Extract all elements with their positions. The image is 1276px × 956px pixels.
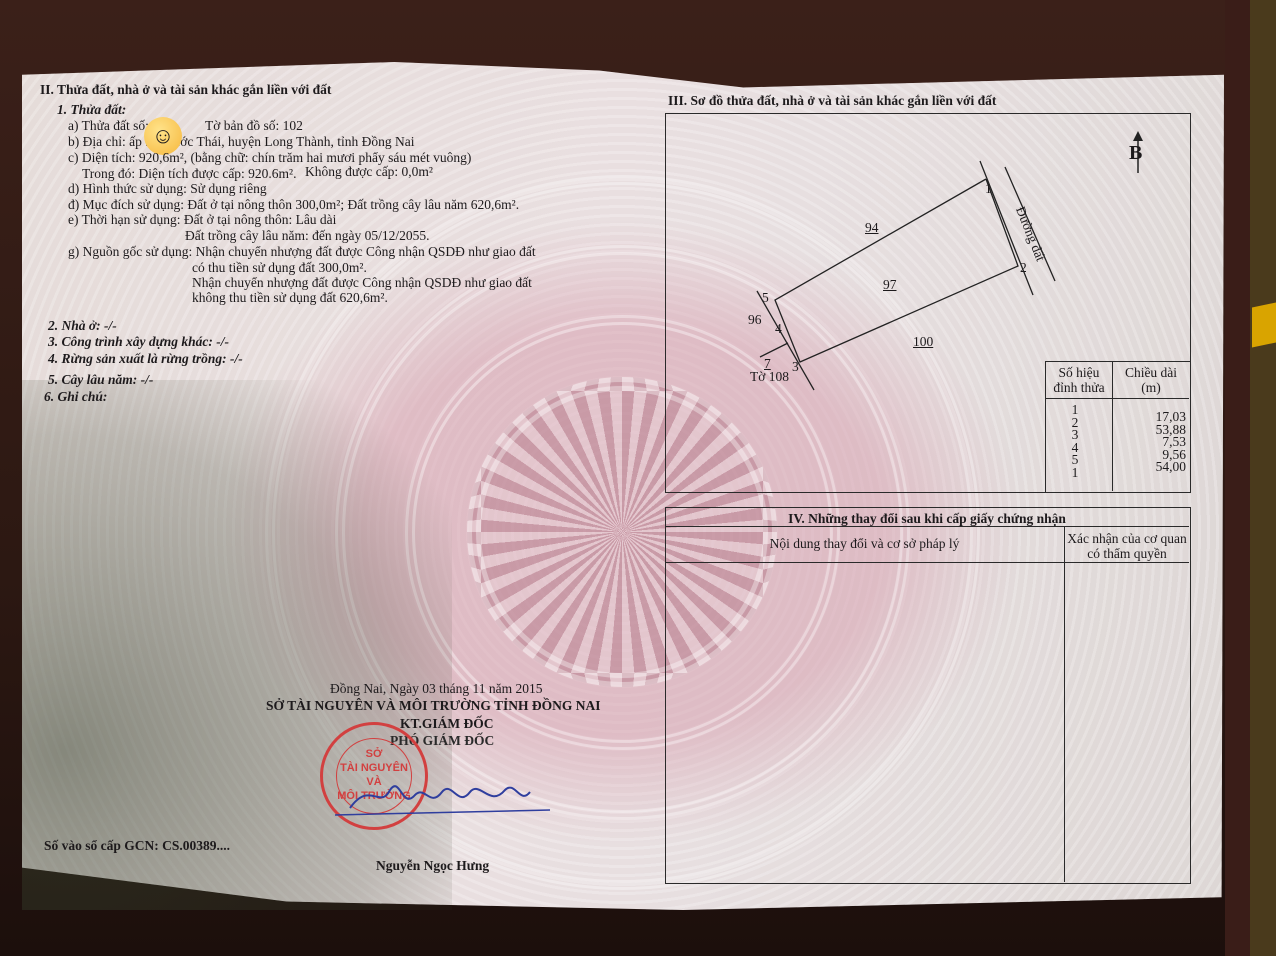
vertex-label: 4: [775, 323, 782, 335]
north-arrow-icon: B: [1129, 143, 1142, 163]
parcel-label: 96: [748, 314, 762, 326]
usage-origin-line2: có thu tiền sử dụng đất 300,0m².: [192, 260, 367, 276]
usage-form: d) Hình thức sử dụng: Sử dụng riêng: [68, 181, 267, 197]
registry-number: Số vào sổ cấp GCN: CS.00389....: [44, 838, 230, 854]
table-divider: [665, 526, 1189, 527]
vertex-label: 3: [792, 361, 799, 373]
planted-forest-item: 4. Rừng sản xuất là rừng trồng: -/-: [48, 351, 243, 367]
table-divider: [1112, 361, 1113, 491]
changes-column-header: Nội dung thay đổi và cơ sở pháp lý: [665, 536, 1064, 551]
parcel-subtitle: 1. Thửa đất:: [57, 102, 126, 118]
section-4-title: IV. Những thay đổi sau khi cấp giấy chứn…: [665, 511, 1189, 526]
section-2-title: II. Thửa đất, nhà ở và tài sản khác gắn …: [40, 82, 331, 98]
changes-table: [665, 507, 1191, 884]
table-divider: [1045, 398, 1189, 399]
table-header-vertex: Số hiệu đỉnh thửa: [1047, 365, 1111, 395]
issuing-agency: SỞ TÀI NGUYÊN VÀ MÔI TRƯỜNG TỈNH ĐỒNG NA…: [266, 698, 601, 714]
notes-item: 6. Ghi chú:: [44, 389, 107, 405]
signer-name: Nguyễn Ngọc Hưng: [376, 858, 489, 874]
area-granted: Trong đó: Diện tích được cấp: 920.6m².: [82, 166, 296, 182]
signer-role-1: KT.GIÁM ĐỐC: [400, 716, 494, 732]
background-object: [1252, 302, 1276, 347]
perennial-trees-item: 5. Cây lâu năm: -/-: [48, 372, 153, 388]
other-construction-item: 3. Công trình xây dựng khác: -/-: [48, 334, 229, 350]
map-sheet-label: Tờ 108: [750, 371, 789, 383]
usage-origin-line4: không thu tiền sử dụng đất 620,6m².: [192, 290, 388, 306]
vertex-label: 5: [762, 292, 769, 304]
table-cell: 1: [1060, 467, 1090, 480]
table-divider: [665, 562, 1189, 563]
signature: [330, 770, 560, 820]
usage-origin: g) Nguồn gốc sử dụng: Nhận chuyển nhượng…: [68, 244, 536, 260]
table-cell: 54,00: [1120, 461, 1186, 474]
vertex-column: 1 2 3 4 5 1: [1060, 404, 1090, 479]
length-column: 17,03 53,88 7,53 9,56 54,00: [1120, 411, 1186, 474]
issue-date: Đồng Nai, Ngày 03 tháng 11 năm 2015: [330, 681, 542, 697]
section-3-title: III. Sơ đồ thửa đất, nhà ở và tài sản kh…: [668, 93, 996, 109]
parcel-number-label: a) Thửa đất số:: [68, 118, 149, 134]
address: b) Địa chỉ: ấp ... Phước Thái, huyện Lon…: [68, 134, 415, 150]
stamp-text: SỞ: [337, 747, 411, 761]
parcel-label-current: 97: [883, 279, 897, 291]
map-sheet-number: Tờ bản đồ số: 102: [205, 118, 303, 134]
usage-term-perennial: Đất trồng cây lâu năm: đến ngày 05/12/20…: [185, 228, 429, 244]
vertex-label: 1: [985, 183, 992, 195]
parcel-label: 94: [865, 222, 879, 234]
table-header-length: Chiều dài (m): [1114, 365, 1188, 395]
table-divider: [1064, 526, 1065, 882]
vertex-label: 2: [1020, 262, 1027, 274]
usage-term: e) Thời hạn sử dụng: Đất ở tại nông thôn…: [68, 212, 336, 228]
house-item: 2. Nhà ở: -/-: [48, 318, 117, 334]
usage-origin-line3: Nhận chuyển nhượng đất được Công nhận QS…: [192, 275, 532, 291]
usage-purpose: đ) Mục đích sử dụng: Đất ở tại nông thôn…: [68, 197, 519, 213]
area-not-granted: Không được cấp: 0,0m²: [305, 164, 433, 180]
parcel-label: 100: [913, 336, 933, 348]
confirmation-column-header: Xác nhận của cơ quan có thẩm quyền: [1066, 531, 1188, 561]
